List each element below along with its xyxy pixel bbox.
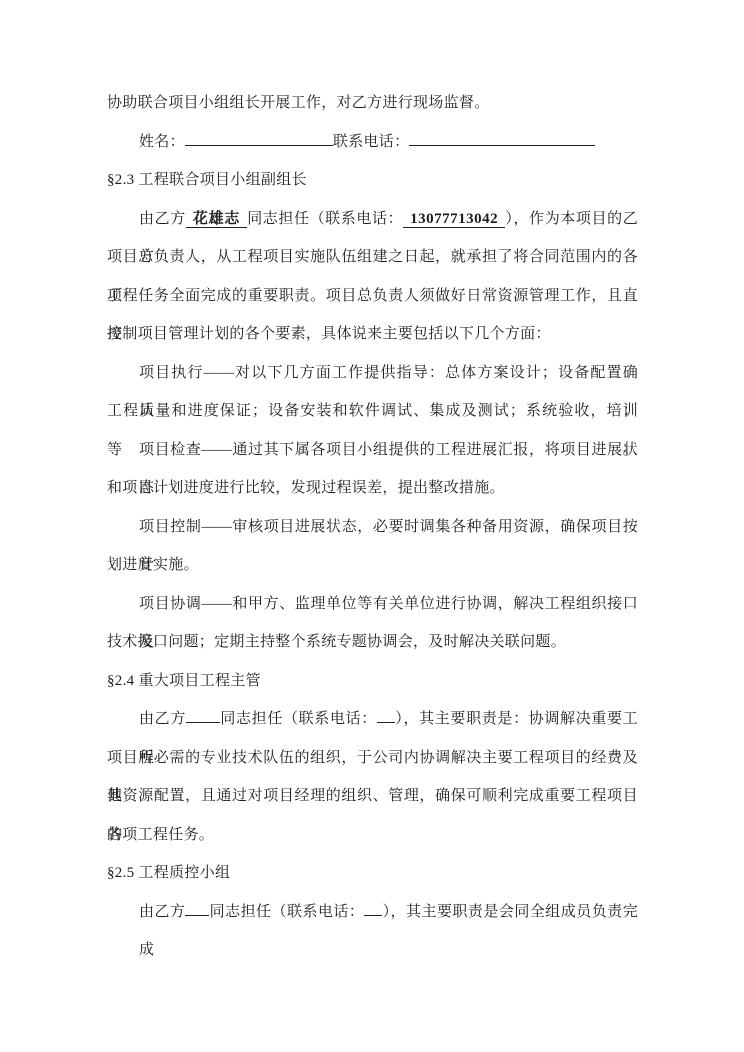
name-label: 姓名： — [139, 134, 185, 150]
document-page: 协助联合项目小组组长开展工作，对乙方进行现场监督。 姓名：联系电话： §2.3 … — [0, 0, 744, 1052]
text-segment: 同志担任（联系电话： — [220, 711, 377, 727]
bullet-coordinate-line-2: 技术接口问题；定期主持整个系统专题协调会，及时解决关联问题。 — [107, 623, 638, 662]
bullet-execute-line-2: 工程质量和进度保证；设备安装和软件调试、集成及测试；系统验收，培训等。 — [107, 392, 638, 431]
bullet-control-line-2: 划进度实施。 — [107, 546, 638, 585]
qc-leader-phone-blank-field — [364, 898, 382, 916]
supervisor-phone-blank-field — [377, 705, 395, 723]
deputy-leader-name-field: 花雄志 — [186, 211, 247, 228]
name-phone-line: 姓名：联系电话： — [107, 123, 638, 162]
para-2-4-line-1: 由乙方同志担任（联系电话：），其主要职责是：协调解决重要工程 — [107, 700, 638, 739]
section-heading-2-5: §2.5 工程质控小组 — [107, 854, 638, 893]
bullet-execute-line-1: 项目执行——对以下几方面工作提供指导：总体方案设计；设备配置确认； — [107, 354, 638, 393]
phone-label: 联系电话： — [333, 134, 410, 150]
para-2-4-line-4: 各项工程任务。 — [107, 816, 638, 855]
para-2-3-line-4: 控制项目管理计划的各个要素，具体说来主要包括以下几个方面： — [107, 315, 638, 354]
phone-blank-field — [409, 128, 595, 146]
deputy-leader-phone-field: 13077713042 — [403, 211, 505, 228]
qc-leader-name-blank-field — [185, 898, 209, 916]
text-segment: 由乙方 — [139, 904, 185, 920]
para-2-3-line-1: 由乙方花雄志同志担任（联系电话：13077713042），作为本项目的乙方 — [107, 200, 638, 239]
text-segment: 由乙方 — [139, 211, 186, 227]
para-2-5-line-1: 由乙方同志担任（联系电话：），其主要职责是会同全组成员负责完成 — [107, 893, 638, 932]
text-segment: 同志担任（联系电话： — [209, 904, 364, 920]
section-heading-2-3: §2.3 工程联合项目小组副组长 — [107, 161, 638, 200]
supervisor-name-blank-field — [186, 705, 220, 723]
para-2-3-line-3: 工程任务全面完成的重要职责。项目总负责人须做好日常资源管理工作，且直接 — [107, 277, 638, 316]
para-2-4-line-3: 他资源配置，且通过对项目经理的组织、管理，确保可顺利完成重要工程项目的 — [107, 777, 638, 816]
bullet-check-line-1: 项目检查——通过其下属各项目小组提供的工程进展汇报，将项目进展状态 — [107, 431, 638, 470]
bullet-control-line-1: 项目控制——审核项目进展状态，必要时调集各种备用资源，确保项目按计 — [107, 508, 638, 547]
intro-paragraph-line: 协助联合项目小组组长开展工作，对乙方进行现场监督。 — [107, 84, 638, 123]
bullet-coordinate-line-1: 项目协调——和甲方、监理单位等有关单位进行协调，解决工程组织接口及 — [107, 585, 638, 624]
bullet-check-line-2: 和项目计划进度进行比较，发现过程误差，提出整改措施。 — [107, 469, 638, 508]
para-2-3-line-2: 项目总负责人，从工程项目实施队伍组建之日起，就承担了将合同范围内的各项 — [107, 238, 638, 277]
text-segment: 同志担任（联系电话： — [247, 211, 403, 227]
section-heading-2-4: §2.4 重大项目工程主管 — [107, 662, 638, 701]
text-segment: 由乙方 — [139, 711, 186, 727]
name-blank-field — [185, 128, 333, 146]
para-2-4-line-2: 项目所必需的专业技术队伍的组织，于公司内协调解决主要工程项目的经费及其 — [107, 739, 638, 778]
